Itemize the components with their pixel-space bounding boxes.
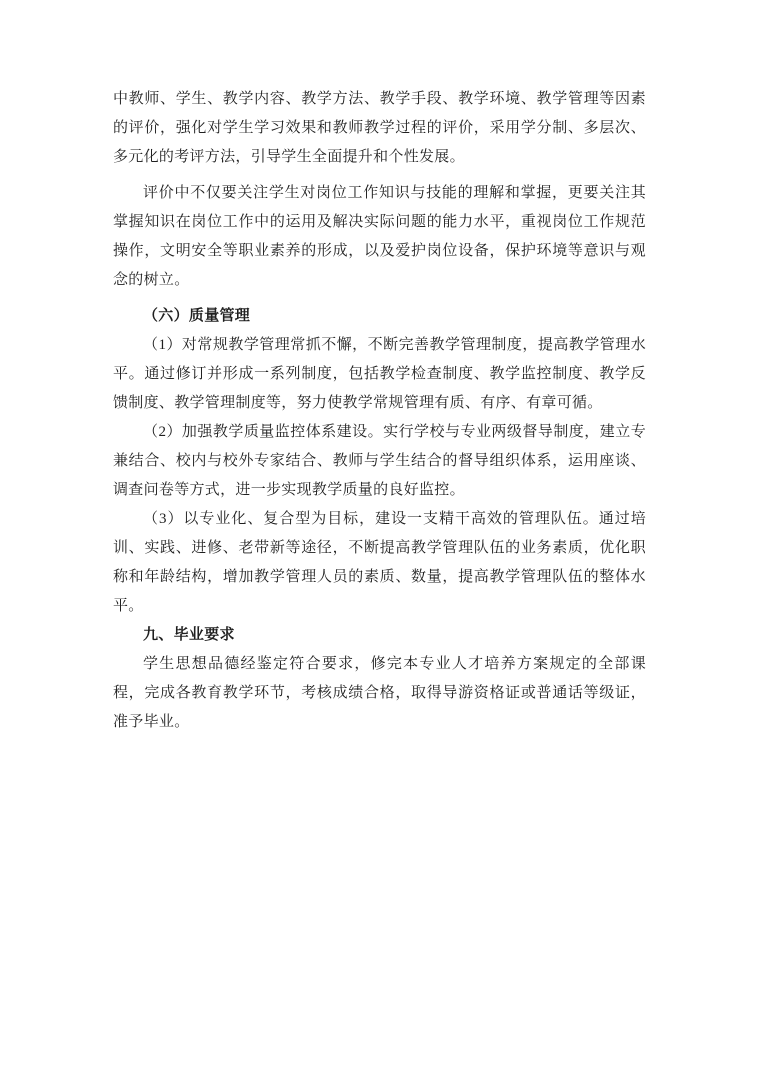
section-heading-graduation-requirements: 九、毕业要求 xyxy=(113,621,646,650)
paragraph-item-2: （2）加强教学质量监控体系建设。实行学校与专业两级督导制度，建立专兼结合、校内与… xyxy=(113,418,646,505)
paragraph-item-3: （3）以专业化、复合型为目标，建设一支精干高效的管理队伍。通过培训、实践、进修、… xyxy=(113,505,646,621)
paragraph-graduation: 学生思想品德经鉴定符合要求，修完本专业人才培养方案规定的全部课程，完成各教育教学… xyxy=(113,650,646,737)
paragraph-evaluation: 评价中不仅要关注学生对岗位工作知识与技能的理解和掌握，更要关注其掌握知识在岗位工… xyxy=(113,179,646,295)
paragraph-item-1: （1）对常规教学管理常抓不懈，不断完善教学管理制度，提高教学管理水平。通过修订并… xyxy=(113,331,646,418)
section-heading-quality-management: （六）质量管理 xyxy=(113,302,646,331)
document-page: 中教师、学生、教学内容、教学方法、教学手段、教学环境、教学管理等因素的评价，强化… xyxy=(0,0,759,1075)
paragraph-continuation: 中教师、学生、教学内容、教学方法、教学手段、教学环境、教学管理等因素的评价，强化… xyxy=(113,85,646,172)
